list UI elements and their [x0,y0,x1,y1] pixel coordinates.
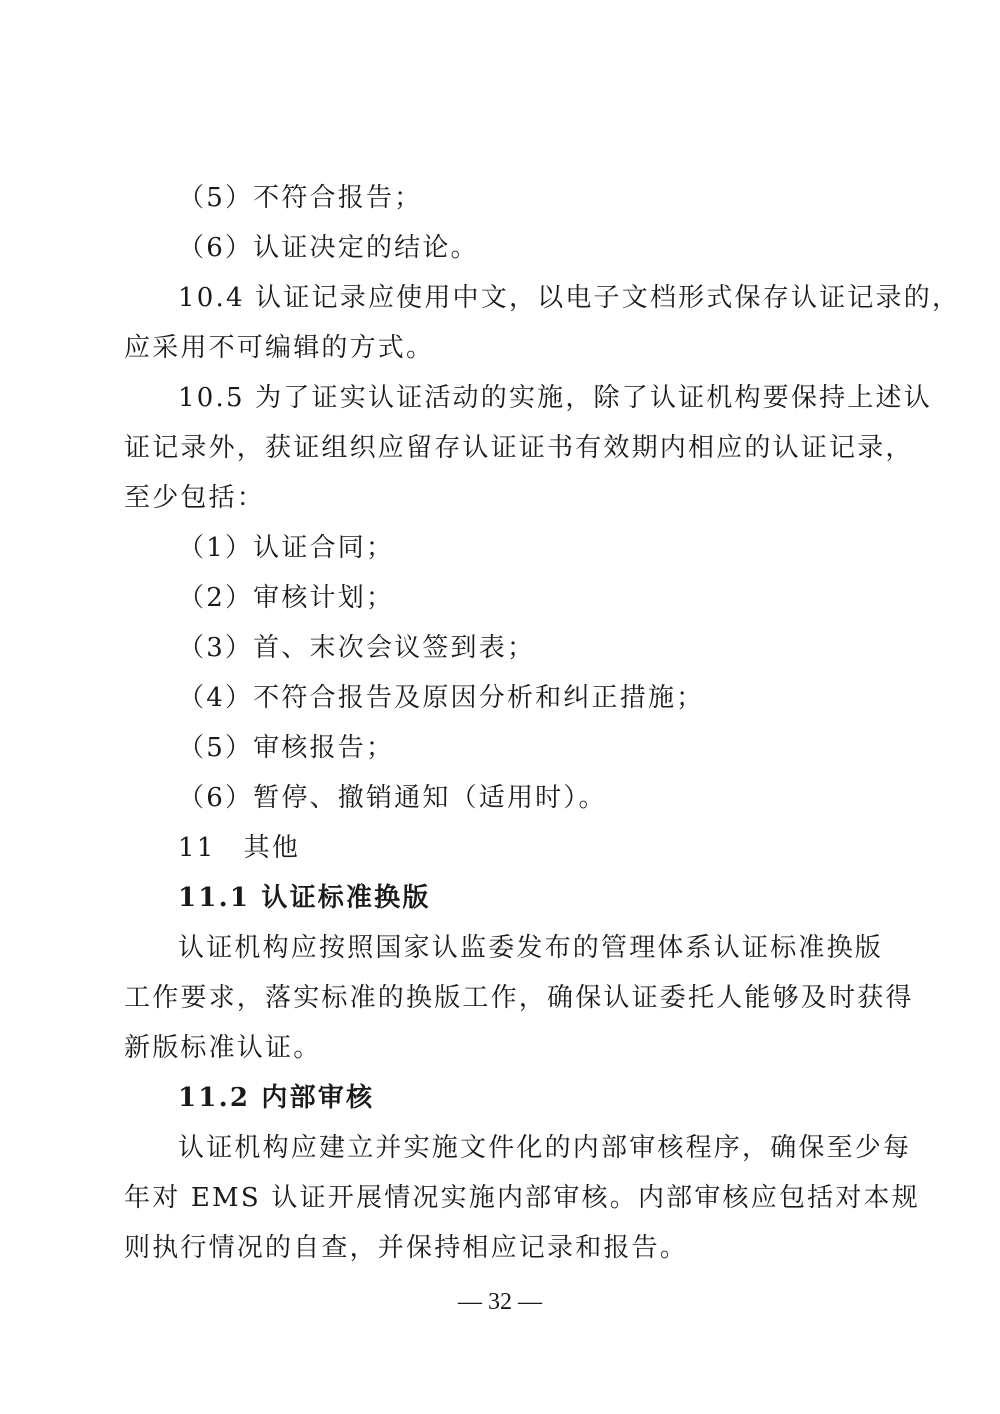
paragraph-10-5-line-3: 至少包括： [124,483,884,513]
paragraph-11-1-line-3: 新版标准认证。 [124,1033,884,1063]
subsection-heading-11-1: 11.1 认证标准换版 [178,883,938,913]
paragraph-10-5-line-1: 10.5 为了证实认证活动的实施，除了认证机构要保持上述认 [178,383,938,413]
paragraph-11-1-line-2: 工作要求，落实标准的换版工作，确保认证委托人能够及时获得 [124,983,884,1013]
list-item-certification-contract: （1）认证合同； [178,533,938,563]
subsection-heading-11-2: 11.2 内部审核 [178,1083,938,1113]
list-item-suspension-notice: （6）暂停、撤销通知（适用时）。 [178,783,938,813]
paragraph-11-2-line-3: 则执行情况的自查，并保持相应记录和报告。 [124,1233,884,1263]
paragraph-10-5-line-2: 证记录外，获证组织应留存认证证书有效期内相应的认证记录， [124,433,884,463]
paragraph-10-4-line-2: 应采用不可编辑的方式。 [124,333,884,363]
list-item-meeting-signin: （3）首、末次会议签到表； [178,633,938,663]
list-item-certification-decision: （6）认证决定的结论。 [178,233,938,263]
paragraph-10-4-line-1: 10.4 认证记录应使用中文，以电子文档形式保存认证记录的， [178,283,938,313]
section-heading-11: 11 其他 [178,833,938,863]
page-number: — 32 — [0,1287,1000,1317]
paragraph-11-2-line-2: 年对 EMS 认证开展情况实施内部审核。内部审核应包括对本规 [124,1183,884,1213]
list-item-nonconformity-report: （5）不符合报告； [178,183,938,213]
list-item-audit-plan: （2）审核计划； [178,583,938,613]
document-page: （5）不符合报告； （6）认证决定的结论。 10.4 认证记录应使用中文，以电子… [0,0,1000,1414]
list-item-nonconformity-analysis: （4）不符合报告及原因分析和纠正措施； [178,683,938,713]
paragraph-11-2-line-1: 认证机构应建立并实施文件化的内部审核程序，确保至少每 [178,1133,938,1163]
list-item-audit-report: （5）审核报告； [178,733,938,763]
paragraph-11-1-line-1: 认证机构应按照国家认监委发布的管理体系认证标准换版 [178,933,938,963]
